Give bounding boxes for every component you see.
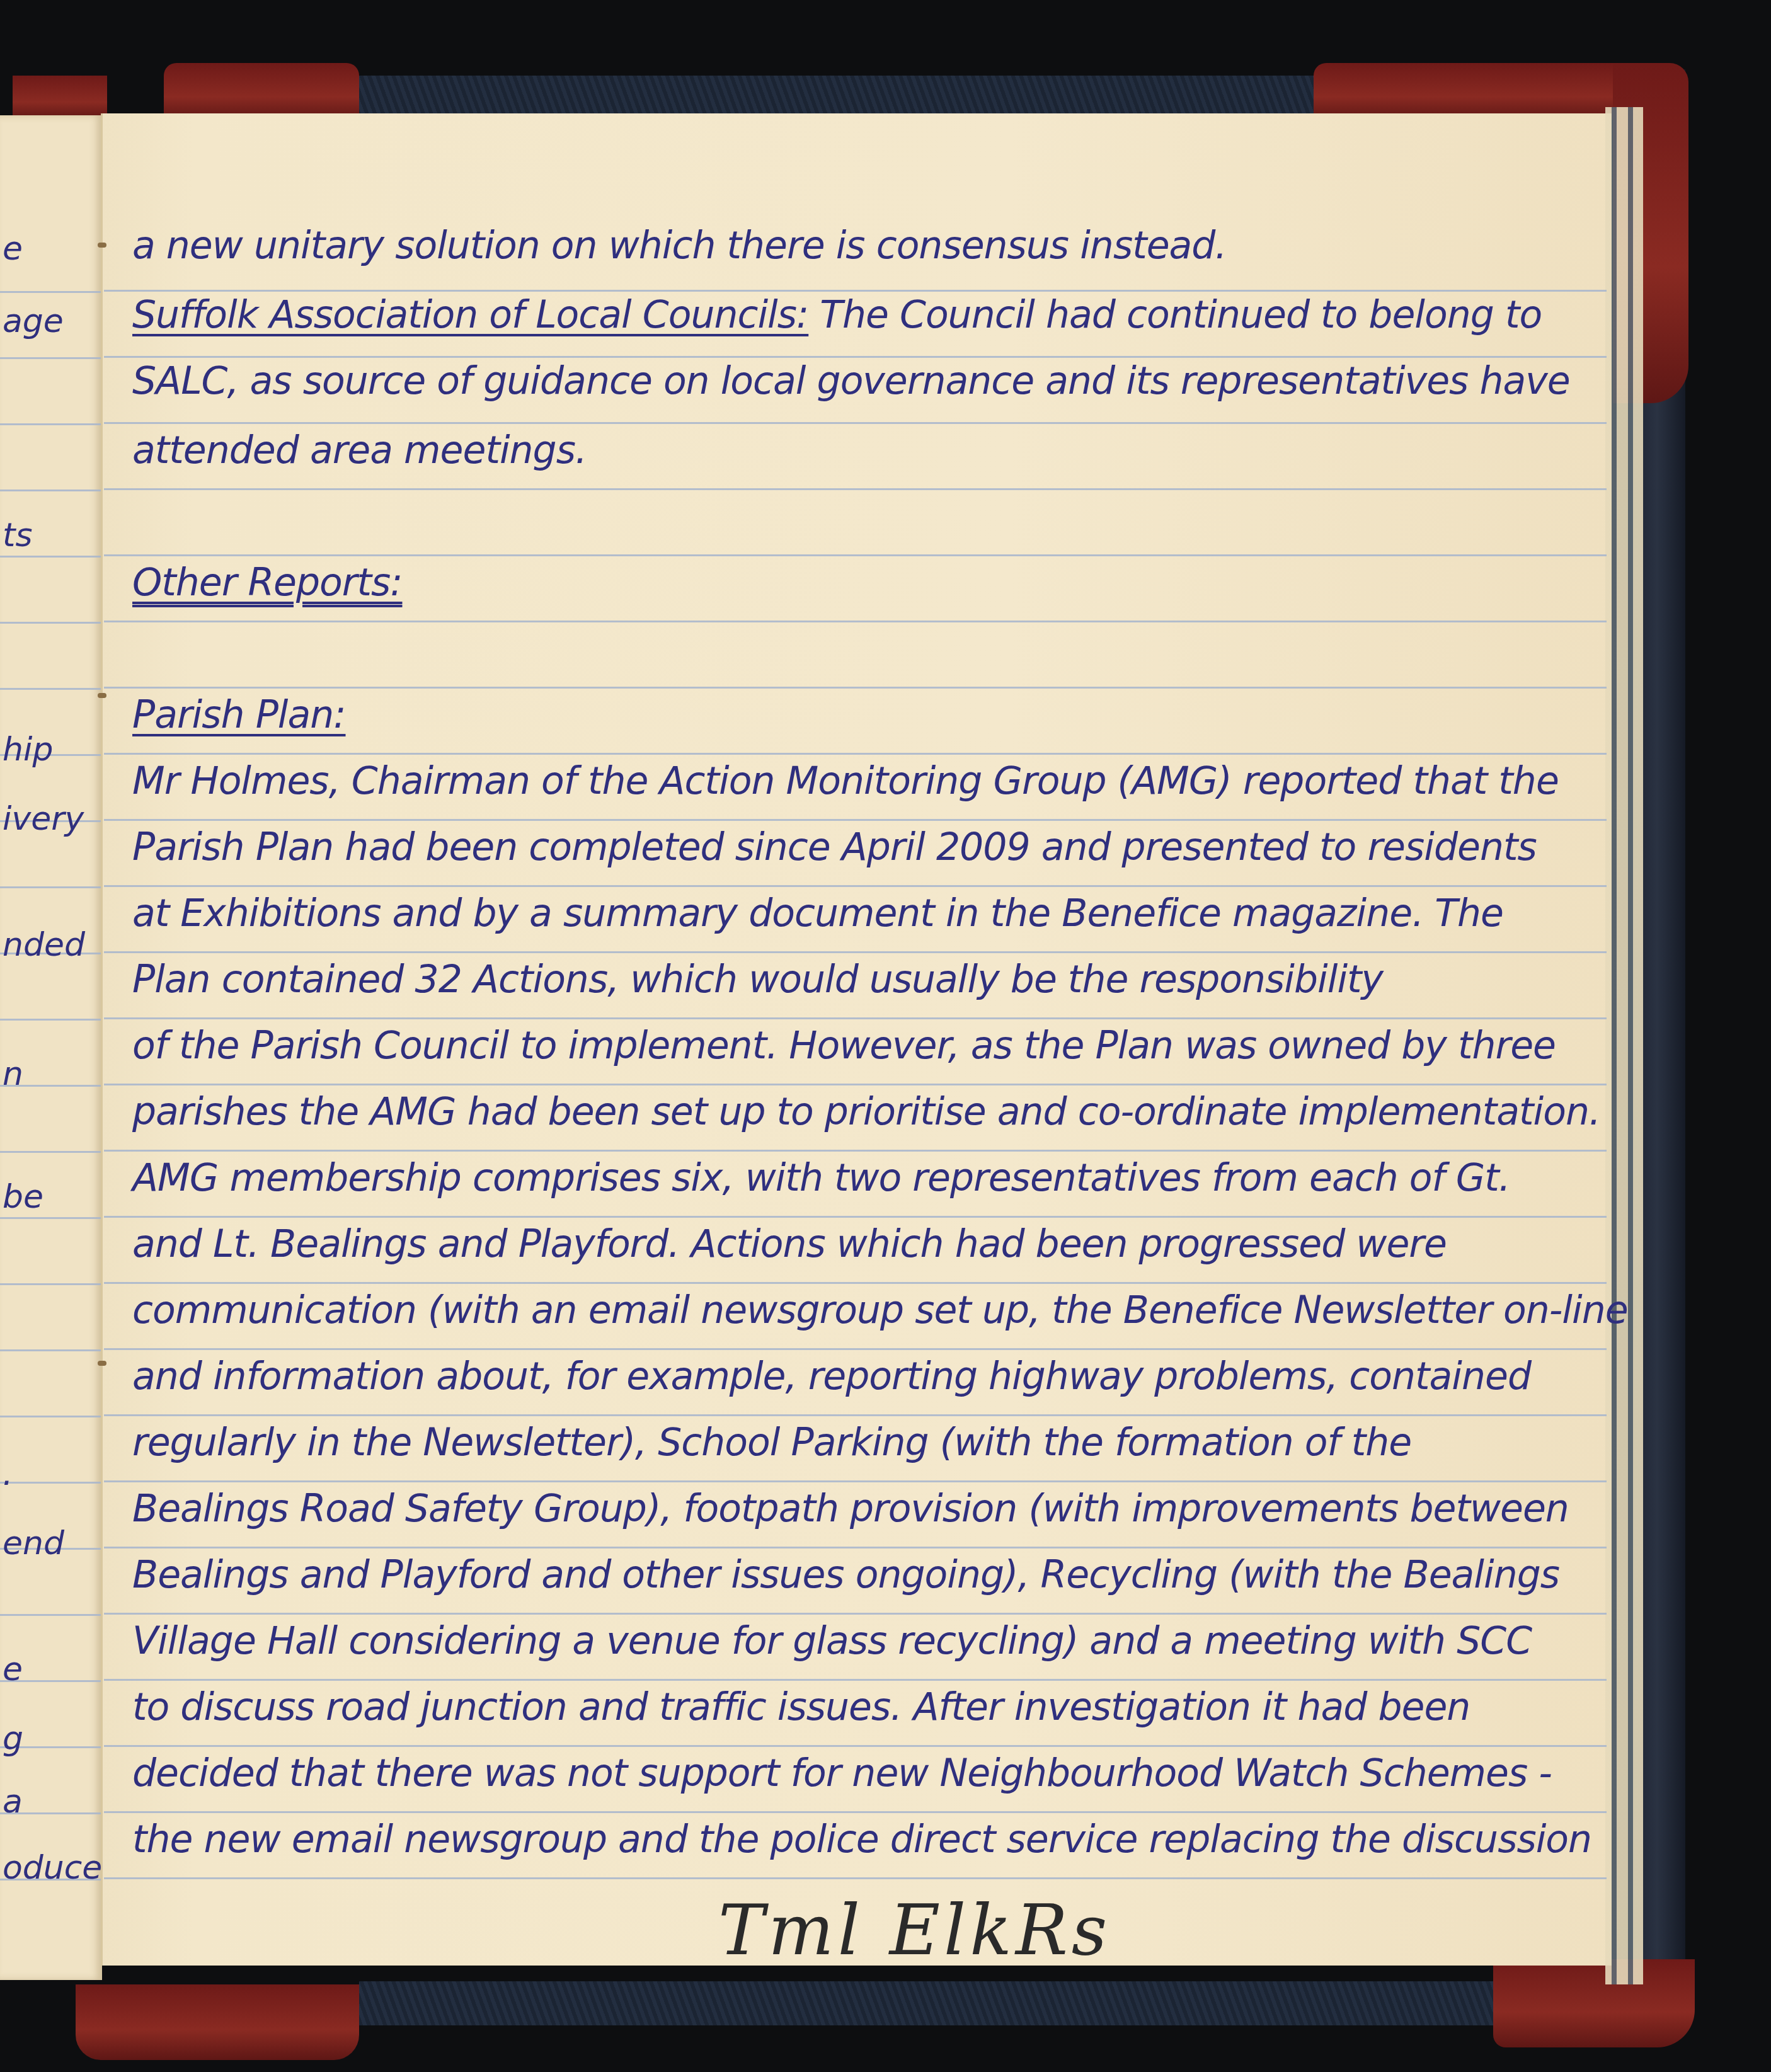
text-line: communication (with an email newsgroup s… xyxy=(132,1288,1628,1332)
ruled-line xyxy=(104,1282,1607,1284)
margin-fragment: nded xyxy=(3,926,85,964)
line-text: and Lt. Bealings and Playford. Actions w… xyxy=(132,1222,1447,1266)
binding-stitch xyxy=(98,693,106,698)
text-line: a new unitary solution on which there is… xyxy=(132,224,1227,268)
text-line: Plan contained 32 Actions, which would u… xyxy=(132,958,1383,1002)
ruled-line xyxy=(104,1348,1607,1350)
line-text: Village Hall considering a venue for gla… xyxy=(132,1619,1532,1663)
ruled-line xyxy=(104,753,1607,755)
margin-fragment: ts xyxy=(3,517,32,554)
ruled-line xyxy=(104,290,1607,292)
margin-fragment: ivery xyxy=(3,800,84,838)
text-line: of the Parish Council to implement. Howe… xyxy=(132,1024,1556,1068)
section-heading: Other Reports: xyxy=(132,561,403,605)
line-text: communication (with an email newsgroup s… xyxy=(132,1288,1628,1332)
margin-fragment: . xyxy=(3,1455,13,1493)
text-line: Mr Holmes, Chairman of the Action Monito… xyxy=(132,759,1559,803)
line-text: regularly in the Newsletter), School Par… xyxy=(132,1421,1411,1465)
text-line: parishes the AMG had been set up to prio… xyxy=(132,1090,1600,1134)
ruled-line-left-page xyxy=(0,1482,101,1484)
binding-stitch xyxy=(98,1361,106,1366)
page-stack-edge xyxy=(1605,107,1643,1984)
ruled-line xyxy=(104,687,1607,689)
previous-page-edge xyxy=(0,115,102,1980)
text-line: at Exhibitions and by a summary document… xyxy=(132,891,1503,936)
margin-fragment: n xyxy=(3,1055,23,1093)
ruled-line xyxy=(104,1480,1607,1482)
ruled-line-left-page xyxy=(0,291,101,293)
section-heading: Suffolk Association of Local Councils: T… xyxy=(132,293,1542,337)
line-text: a new unitary solution on which there is… xyxy=(132,224,1227,268)
text-line: attended area meetings. xyxy=(132,428,587,472)
cover-corner-bottom-right xyxy=(1493,1959,1695,2047)
line-text: Mr Holmes, Chairman of the Action Monito… xyxy=(132,759,1559,803)
ruled-line-left-page xyxy=(0,886,101,888)
line-text: attended area meetings. xyxy=(132,428,587,472)
line-text: of the Parish Council to implement. Howe… xyxy=(132,1024,1556,1068)
margin-fragment: age xyxy=(3,302,64,340)
heading-text: Suffolk Association of Local Councils: xyxy=(132,293,808,337)
line-text: SALC, as source of guidance on local gov… xyxy=(132,359,1570,403)
ruled-line xyxy=(104,488,1607,490)
ruled-line xyxy=(104,1017,1607,1019)
line-continuation: The Council had continued to belong to xyxy=(808,293,1542,337)
ruled-line-left-page xyxy=(0,1019,101,1021)
text-line: AMG membership comprises six, with two r… xyxy=(132,1156,1510,1200)
line-text: the new email newsgroup and the police d… xyxy=(132,1817,1591,1862)
ruled-line xyxy=(104,1811,1607,1813)
margin-fragment: end xyxy=(3,1525,64,1562)
line-text: Bealings and Playford and other issues o… xyxy=(132,1553,1559,1597)
ruled-line-left-page xyxy=(0,357,101,359)
line-text: parishes the AMG had been set up to prio… xyxy=(132,1090,1600,1134)
text-line: the new email newsgroup and the police d… xyxy=(132,1817,1591,1862)
ruled-line xyxy=(104,1084,1607,1085)
ruled-line-left-page xyxy=(0,423,101,425)
line-text: Parish Plan had been completed since Apr… xyxy=(132,825,1537,869)
text-line: to discuss road junction and traffic iss… xyxy=(132,1685,1470,1729)
heading-text: Parish Plan: xyxy=(132,693,346,737)
heading-text: Other Reports: xyxy=(132,561,403,605)
ruled-line-left-page xyxy=(0,622,101,624)
ruled-line xyxy=(104,422,1607,424)
ruled-line-left-page xyxy=(0,1151,101,1153)
cover-corner-top-left-inner xyxy=(164,63,359,120)
text-line: Village Hall considering a venue for gla… xyxy=(132,1619,1532,1663)
margin-fragment: g xyxy=(3,1720,23,1758)
line-text: at Exhibitions and by a summary document… xyxy=(132,891,1503,936)
margin-fragment: be xyxy=(3,1178,43,1216)
text-line: and Lt. Bealings and Playford. Actions w… xyxy=(132,1222,1447,1266)
text-line: SALC, as source of guidance on local gov… xyxy=(132,359,1570,403)
ruled-line xyxy=(104,1414,1607,1416)
ruled-line xyxy=(104,1877,1607,1879)
margin-fragment: a xyxy=(3,1783,23,1821)
ruled-line xyxy=(104,885,1607,887)
ruled-line xyxy=(104,1547,1607,1548)
binding-stitch xyxy=(98,243,106,248)
line-text: and information about, for example, repo… xyxy=(132,1354,1531,1399)
ruled-line-left-page xyxy=(0,1614,101,1616)
line-text: Bealings Road Safety Group), footpath pr… xyxy=(132,1487,1569,1531)
margin-fragment: oduce xyxy=(3,1849,102,1887)
signature: Tml ElkRs xyxy=(718,1890,1111,1971)
text-line: and information about, for example, repo… xyxy=(132,1354,1531,1399)
text-line: regularly in the Newsletter), School Par… xyxy=(132,1421,1411,1465)
ruled-line-left-page xyxy=(0,1349,101,1351)
line-text: AMG membership comprises six, with two r… xyxy=(132,1156,1510,1200)
ruled-line-left-page xyxy=(0,556,101,558)
cover-corner-bottom-left xyxy=(76,1984,359,2060)
ruled-line-left-page xyxy=(0,489,101,491)
ruled-line xyxy=(104,951,1607,953)
line-text: to discuss road junction and traffic iss… xyxy=(132,1685,1470,1729)
cover-cloth-bottom xyxy=(359,1981,1493,2025)
cover-corner-top-right xyxy=(1314,63,1629,120)
ruled-line xyxy=(104,1216,1607,1218)
ruled-line xyxy=(104,554,1607,556)
line-text: Plan contained 32 Actions, which would u… xyxy=(132,958,1383,1002)
ruled-line-left-page xyxy=(0,1217,101,1219)
ruled-line xyxy=(104,356,1607,358)
margin-fragment: e xyxy=(3,1651,23,1688)
line-text: decided that there was not support for n… xyxy=(132,1751,1552,1795)
ruled-line xyxy=(104,621,1607,622)
text-line: Parish Plan had been completed since Apr… xyxy=(132,825,1537,869)
margin-fragment: hip xyxy=(3,731,53,769)
text-line: Bealings Road Safety Group), footpath pr… xyxy=(132,1487,1569,1531)
margin-fragment: e xyxy=(3,230,23,268)
section-heading: Parish Plan: xyxy=(132,693,346,737)
ruled-line xyxy=(104,1150,1607,1152)
cover-corner-top-left xyxy=(13,76,107,120)
ruled-line xyxy=(104,1613,1607,1615)
ruled-line-left-page xyxy=(0,1416,101,1417)
ruled-line xyxy=(104,1679,1607,1681)
text-line: decided that there was not support for n… xyxy=(132,1751,1552,1795)
ruled-line-left-page xyxy=(0,1283,101,1285)
ruled-line xyxy=(104,819,1607,821)
ruled-line-left-page xyxy=(0,688,101,690)
ruled-line xyxy=(104,1745,1607,1747)
text-line: Bealings and Playford and other issues o… xyxy=(132,1553,1559,1597)
